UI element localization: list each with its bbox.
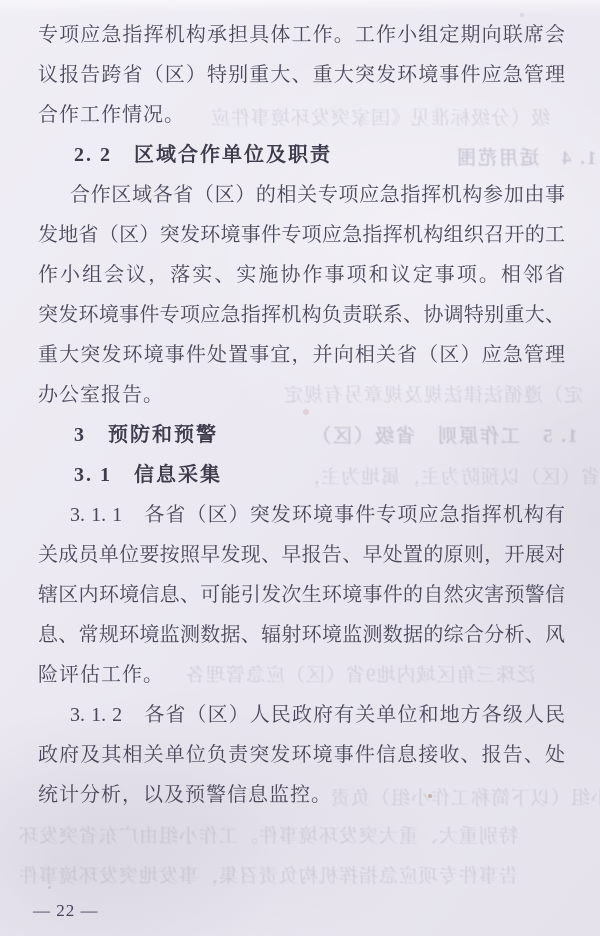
section-heading: 2. 2 区域合作单位及职责 <box>38 135 565 175</box>
text-line: 作小组会议，落实、实施协作事项和议定事项。相邻省（区） <box>38 255 565 295</box>
text-line: 重大突发环境事件处置事宜，并向相关省（区）应急管理 <box>38 335 565 375</box>
text-line: 办公室报告。 <box>38 375 565 415</box>
section-heading: 3 预防和预警 <box>38 415 565 455</box>
text-line: 专项应急指挥机构承担具体工作。工作小组定期向联席会 <box>38 15 565 55</box>
text-line: 议报告跨省（区）特别重大、重大突发环境事件应急管理 <box>38 55 565 95</box>
section-heading: 3. 1 信息采集 <box>38 455 565 495</box>
text-line: 合作工作情况。 <box>38 95 565 135</box>
text-line: 辖区内环境信息、可能引发次生环境事件的自然灾害预警信 <box>38 575 565 615</box>
paper-speck <box>48 886 51 889</box>
page-number: — 22 — <box>33 898 99 924</box>
text-line: 3. 1. 2 各省（区）人民政府有关单位和地方各级人民 <box>38 695 565 735</box>
text-line: 险评估工作。 <box>38 655 565 695</box>
text-line: 发地省（区）突发环境事件专项应急指挥机构组织召开的工 <box>38 215 565 255</box>
text-line: 统计分析，以及预警信息监控。 <box>38 775 565 815</box>
text-line: 3. 1. 1 各省（区）突发环境事件专项应急指挥机构有 <box>38 495 565 535</box>
text-line: 息、常规环境监测数据、辐射环境监测数据的综合分析、风 <box>38 615 565 655</box>
text-line: 关成员单位要按照早发现、早报告、早处置的原则，开展对 <box>38 535 565 575</box>
document-page: 级（分级标准见《国家突发环境事件应1. 4 适用范围定）遵循法律法规及规章另有规… <box>0 0 600 936</box>
text-body: 专项应急指挥机构承担具体工作。工作小组定期向联席会议报告跨省（区）特别重大、重大… <box>38 15 565 815</box>
text-line: 政府及其相关单位负责突发环境事件信息接收、报告、处理、 <box>38 735 565 775</box>
text-line: 突发环境事件专项应急指挥机构负责联系、协调特别重大、 <box>38 295 565 335</box>
text-line: 合作区域各省（区）的相关专项应急指挥机构参加由事 <box>38 175 565 215</box>
